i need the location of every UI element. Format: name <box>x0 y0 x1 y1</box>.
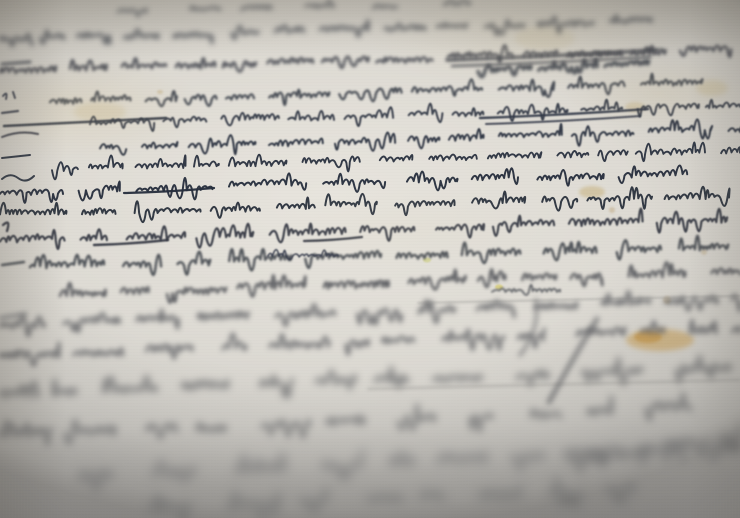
margin-mark <box>2 133 38 137</box>
handwriting-line <box>0 394 690 445</box>
stain <box>609 207 615 213</box>
strikethrough-mark <box>94 240 168 245</box>
handwriting-line <box>100 119 740 154</box>
handwriting-line <box>118 0 470 16</box>
margin-mark <box>2 111 18 113</box>
handwriting-line <box>0 166 687 203</box>
handwriting-line <box>0 356 730 397</box>
stain <box>579 186 605 198</box>
long-pen-stroke <box>549 319 597 402</box>
handwriting-line <box>0 209 727 249</box>
manuscript-photograph: Close-up photograph of an old handwritte… <box>0 0 740 518</box>
handwriting-line <box>60 262 740 302</box>
margin-mark <box>2 175 34 180</box>
stain <box>157 90 163 94</box>
ruled-line <box>368 380 740 389</box>
manuscript-handwriting-layer <box>0 0 740 518</box>
margin-mark <box>2 62 30 64</box>
strikethrough-mark <box>304 237 362 241</box>
margin-mark <box>3 223 8 231</box>
stain <box>515 26 575 50</box>
margin-mark <box>3 92 15 99</box>
handwriting-line <box>30 236 728 275</box>
interlinear-insertion <box>268 250 338 260</box>
handwriting-line <box>150 478 633 518</box>
margin-mark <box>2 262 24 265</box>
handwriting-line <box>50 74 702 106</box>
margin-mark <box>2 155 30 158</box>
